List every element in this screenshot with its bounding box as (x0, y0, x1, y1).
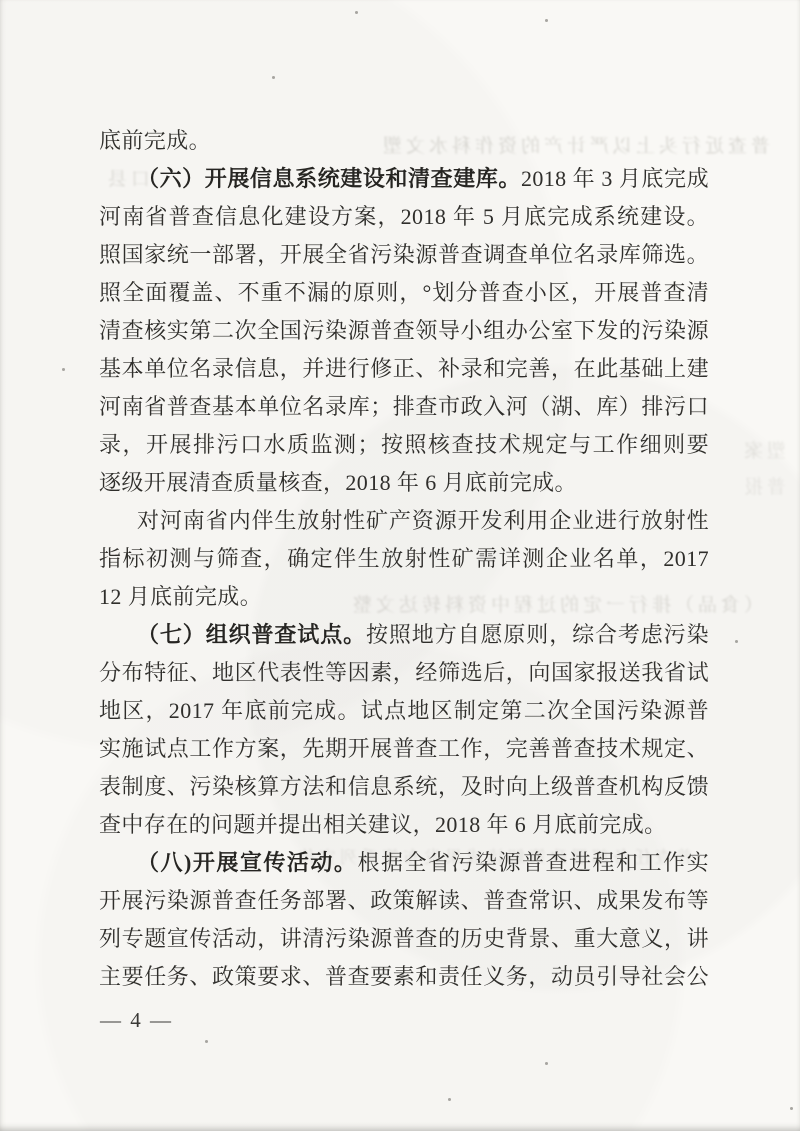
text-line: 照国家统一部署，开展全省污染源普查调查单位名录库筛选。按 (99, 236, 709, 274)
text-line: （七）组织普查试点。按照地方自愿原则，综合考虑污染源 (99, 616, 709, 654)
section-heading-6: （六）开展信息系统建设和清查建库。 (137, 166, 521, 191)
text-line: 地区，2017 年底前完成。试点地区制定第二次全国污染源普查 (99, 692, 709, 730)
line-text: 列专题宣传活动，讲清污染源普查的历史背景、重大意义，讲清 (99, 926, 709, 958)
text-line: 指标初测与筛查，确定伴生放射性矿需详测企业名单，2017 年 (99, 540, 709, 578)
scan-speck (545, 1062, 548, 1065)
line-text: 指标初测与筛查，确定伴生放射性矿需详测企业名单，2017 年 (99, 546, 709, 578)
document-body: 底前完成。 （六）开展信息系统建设和清查建库。2018 年 3 月底完成 河南省… (99, 122, 709, 996)
section-heading-7: （七）组织普查试点。 (137, 622, 366, 647)
line-text: 地区，2017 年底前完成。试点地区制定第二次全国污染源普查 (99, 698, 709, 730)
section-heading-8: （八)开展宣传活动。 (137, 850, 357, 875)
line-text: 开展污染源普查任务部署、政策解读、普查常识、成果发布等系 (99, 888, 709, 920)
line-text: 底前完成。 (99, 128, 211, 153)
text-line: 对河南省内伴生放射性矿产资源开发利用企业进行放射性 (99, 502, 709, 540)
text-line: 12 月底前完成。 (99, 578, 709, 616)
line-text: 录，开展排污口水质监测；按照核查技术规定与工作细则要求， (99, 432, 709, 464)
line-text: 12 月底前完成。 (99, 584, 262, 609)
text-line: （六）开展信息系统建设和清查建库。2018 年 3 月底完成 (99, 160, 709, 198)
scan-speck (735, 640, 738, 643)
scan-speck (355, 11, 358, 14)
page-number: — 4 — (100, 1005, 173, 1035)
text-line: 基本单位名录信息，并进行修正、补录和完善，在此基础上建立 (99, 350, 709, 388)
text-line: 底前完成。 (99, 122, 709, 160)
scan-speck (205, 1040, 208, 1043)
scan-speck (272, 76, 275, 79)
text-line: 照全面覆盖、不重不漏的原则，°划分普查小区，开展普查清查， (99, 274, 709, 312)
text-line: 录，开展排污口水质监测；按照核查技术规定与工作细则要求， (99, 426, 709, 464)
line-text: 实施试点工作方案，先期开展普查工作，完善普查技术规定、报 (99, 736, 709, 768)
line-text: 对河南省内伴生放射性矿产资源开发利用企业进行放射性 (137, 508, 709, 533)
line-text: 清查核实第二次全国污染源普查领导小组办公室下发的污染源 (99, 318, 709, 343)
text-line: 查中存在的问题并提出相关建议，2018 年 6 月底前完成。 (99, 806, 709, 844)
text-line: 清查核实第二次全国污染源普查领导小组办公室下发的污染源 (99, 312, 709, 350)
scan-speck (790, 1107, 793, 1110)
line-text: 基本单位名录信息，并进行修正、补录和完善，在此基础上建立 (99, 356, 709, 388)
text-line: 逐级开展清查质量核查，2018 年 6 月底前完成。 (99, 464, 709, 502)
text-line: 河南省普查信息化建设方案，2018 年 5 月底完成系统建设。按 (99, 198, 709, 236)
line-text: 照全面覆盖、不重不漏的原则，°划分普查小区，开展普查清查， (99, 280, 709, 312)
line-text: 河南省普查基本单位名录库；排查市政入河（湖、库）排污口名 (99, 394, 709, 426)
line-text: 表制度、污染核算方法和信息系统，及时向上级普查机构反馈普 (99, 774, 709, 806)
text-line: 河南省普查基本单位名录库；排查市政入河（湖、库）排污口名 (99, 388, 709, 426)
scanned-page: 普查近行头上以严计产的资作科水文塑 口县 塑案 （食品）排行一定的过程中资料转达… (0, 0, 800, 1131)
line-text: 照国家统一部署，开展全省污染源普查调查单位名录库筛选。按 (99, 242, 709, 274)
scan-speck (545, 19, 548, 22)
text-line: 主要任务、政策要求、普查要素和责任义务，动员引导社会公众 (99, 958, 709, 996)
text-line: 表制度、污染核算方法和信息系统，及时向上级普查机构反馈普 (99, 768, 709, 806)
text-line: 列专题宣传活动，讲清污染源普查的历史背景、重大意义，讲清 (99, 920, 709, 958)
scan-speck (448, 1098, 451, 1101)
line-text: 河南省普查信息化建设方案，2018 年 5 月底完成系统建设。按 (99, 204, 709, 236)
text-line: 分布特征、地区代表性等因素，经筛选后，向国家报送我省试点 (99, 654, 709, 692)
text-line: 实施试点工作方案，先期开展普查工作，完善普查技术规定、报 (99, 730, 709, 768)
line-text: 主要任务、政策要求、普查要素和责任义务，动员引导社会公众 (99, 964, 709, 996)
line-text: 2018 年 3 月底完成 (521, 166, 709, 191)
text-line: （八)开展宣传活动。根据全省污染源普查进程和工作实际， (99, 844, 709, 882)
bleedthrough-text: 塑案 (700, 436, 786, 463)
scan-speck (62, 368, 65, 371)
line-text: 查中存在的问题并提出相关建议，2018 年 6 月底前完成。 (99, 812, 667, 837)
line-text: 逐级开展清查质量核查，2018 年 6 月底前完成。 (99, 470, 577, 495)
bleedthrough-text: 普报 (700, 472, 786, 499)
text-line: 开展污染源普查任务部署、政策解读、普查常识、成果发布等系 (99, 882, 709, 920)
line-text: 分布特征、地区代表性等因素，经筛选后，向国家报送我省试点 (99, 660, 709, 692)
